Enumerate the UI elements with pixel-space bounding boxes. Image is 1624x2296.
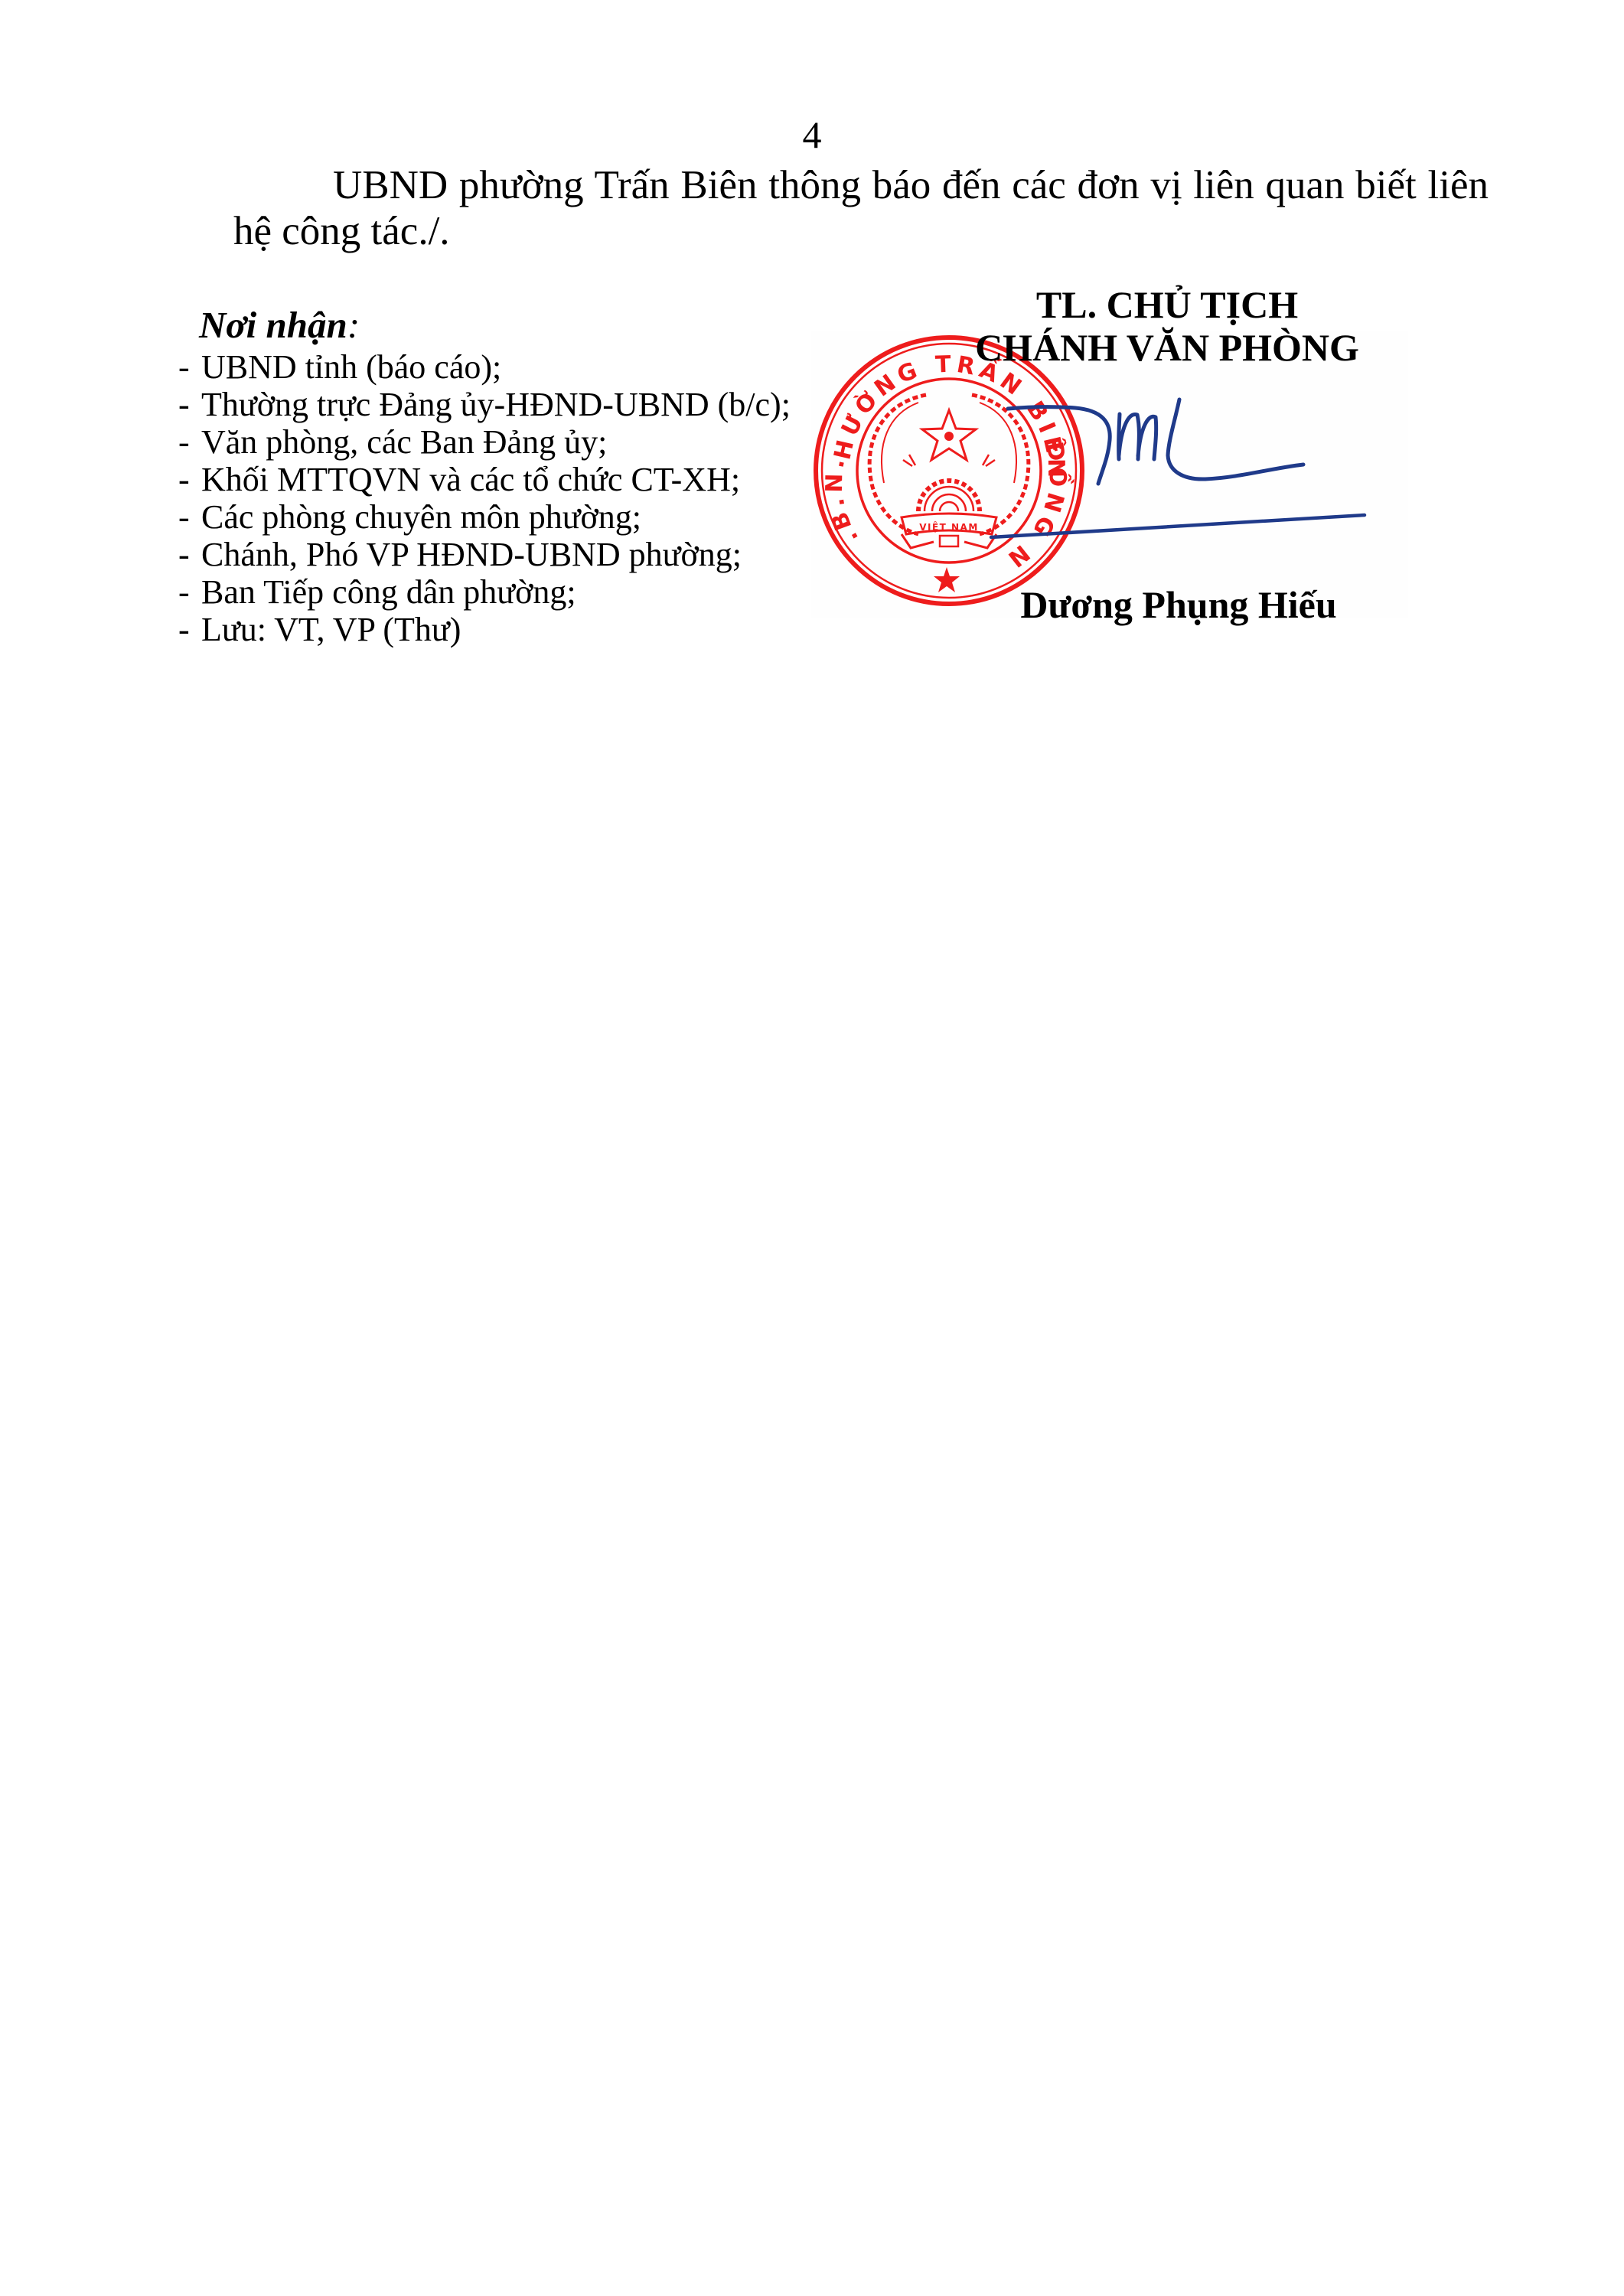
- recipients-block: Nơi nhận: -UBND tỉnh (báo cáo);-Thường t…: [178, 302, 791, 648]
- recipient-item: -Thường trực Đảng ủy-HĐND-UBND (b/c);: [178, 386, 791, 423]
- recipients-title: Nơi nhận:: [199, 302, 791, 348]
- signer-name: Dương Phụng Hiếu: [949, 583, 1408, 626]
- recipient-item: -Lưu: VT, VP (Thư): [178, 611, 791, 648]
- recipient-text: Khối MTTQVN và các tổ chức CT-XH;: [201, 461, 740, 498]
- list-bullet: -: [178, 423, 201, 461]
- recipient-text: Văn phòng, các Ban Đảng ủy;: [201, 423, 607, 461]
- handwritten-signature-icon: [918, 383, 1393, 566]
- list-bullet: -: [178, 461, 201, 498]
- list-bullet: -: [178, 348, 201, 386]
- recipient-item: -Các phòng chuyên môn phường;: [178, 498, 791, 536]
- document-page: 4 UBND phường Trấn Biên thông báo đến cá…: [0, 0, 1624, 2296]
- recipient-text: Lưu: VT, VP (Thư): [201, 611, 461, 648]
- recipient-text: Chánh, Phó VP HĐND-UBND phường;: [201, 536, 742, 573]
- recipient-text: Các phòng chuyên môn phường;: [201, 498, 641, 536]
- recipients-title-colon: :: [347, 304, 360, 346]
- list-bullet: -: [178, 386, 201, 423]
- recipient-text: Ban Tiếp công dân phường;: [201, 573, 576, 611]
- signature-position-line: CHÁNH VĂN PHÒNG: [949, 326, 1385, 369]
- recipient-item: -Ban Tiếp công dân phường;: [178, 573, 791, 611]
- recipient-item: -Khối MTTQVN và các tổ chức CT-XH;: [178, 461, 791, 498]
- recipient-item: -Chánh, Phó VP HĐND-UBND phường;: [178, 536, 791, 573]
- recipient-item: -Văn phòng, các Ban Đảng ủy;: [178, 423, 791, 461]
- list-bullet: -: [178, 573, 201, 611]
- page-number: 4: [0, 112, 1624, 158]
- recipients-title-text: Nơi nhận: [199, 304, 347, 346]
- list-bullet: -: [178, 536, 201, 573]
- list-bullet: -: [178, 498, 201, 536]
- recipient-text: Thường trực Đảng ủy-HĐND-UBND (b/c);: [201, 386, 791, 423]
- signature-authority-line: TL. CHỦ TỊCH: [949, 283, 1385, 326]
- body-paragraph: UBND phường Trấn Biên thông báo đến các …: [233, 162, 1489, 254]
- recipient-text: UBND tỉnh (báo cáo);: [201, 348, 501, 386]
- recipients-list: -UBND tỉnh (báo cáo);-Thường trực Đảng ủ…: [178, 348, 791, 648]
- recipient-item: -UBND tỉnh (báo cáo);: [178, 348, 791, 386]
- list-bullet: -: [178, 611, 201, 648]
